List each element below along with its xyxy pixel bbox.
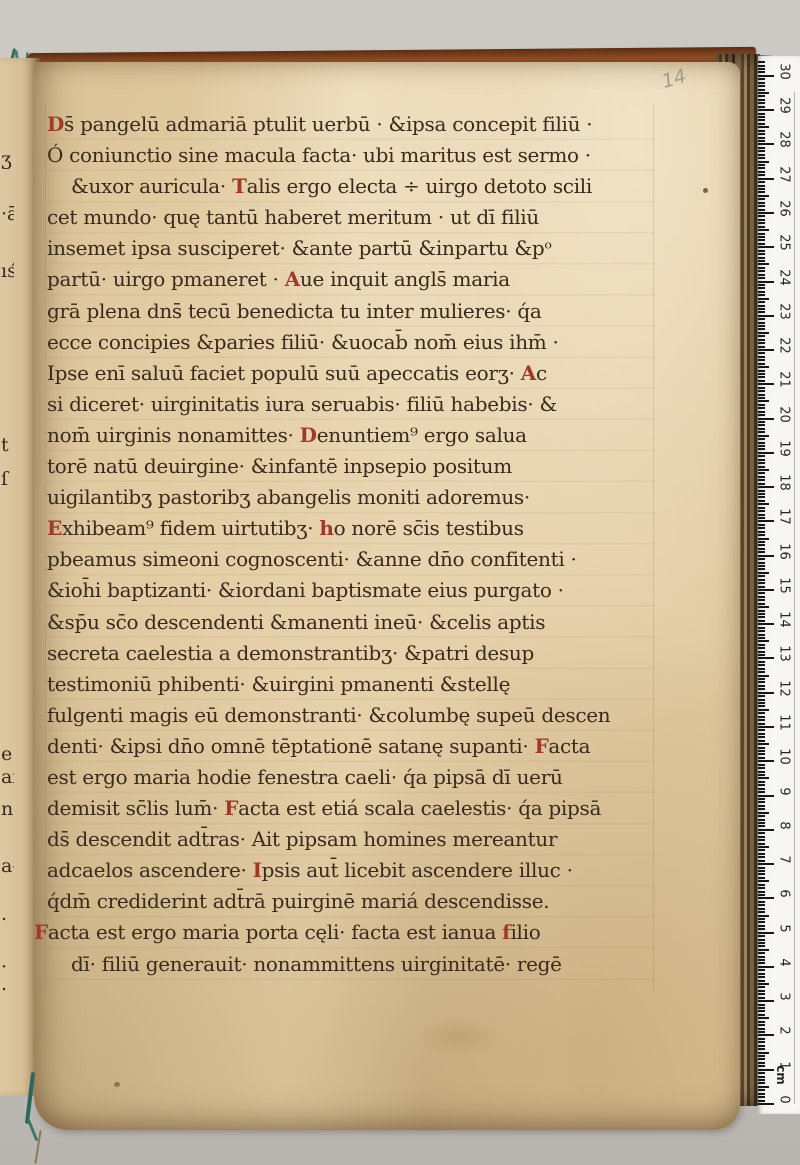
ruler-tick: [758, 719, 765, 721]
margin-text-fragment: t: [1, 436, 14, 455]
text-block: Ds̄ pangelū admariā ptulit uerbū · &ipsa…: [47, 109, 655, 980]
ruler-tick: [758, 346, 765, 348]
text-line: secreta caelestia a demonstrantibʒ· &pat…: [47, 638, 655, 669]
ruler-tick: [758, 647, 765, 649]
ruler-tick: [758, 325, 765, 327]
text-line: Ipse enī saluū faciet populū suū apeccat…: [47, 358, 655, 389]
ruler-tick: [758, 757, 765, 759]
ruler-tick: [758, 808, 765, 810]
text-segment: torē natū deuirgine· &infantē inpsepio p…: [47, 454, 512, 478]
text-segment: &ioh̄i baptizanti· &iordani baptismate e…: [47, 578, 564, 602]
text-line: uigilantibʒ pastoribʒ abangelis moniti a…: [47, 482, 655, 513]
ruler-tick: [758, 774, 765, 776]
ruler-tick: [758, 215, 765, 217]
ruler-tick: [758, 219, 765, 221]
ruler-number: 19: [778, 437, 791, 459]
ruler-number: 14: [778, 609, 791, 631]
ruler-tick: [758, 397, 765, 399]
ruler-tick: [758, 688, 765, 690]
ruler-tick: [758, 466, 765, 468]
ruler-tick: [758, 596, 765, 598]
ruler-number: 12: [778, 677, 791, 699]
ruling-line-left: [45, 104, 46, 992]
ruler-tick: [758, 277, 765, 279]
ruler-number: 27: [778, 163, 791, 185]
text-segment: insemet ipsa susciperet· &ante partū &in…: [47, 236, 552, 260]
ruler-tick: [758, 376, 765, 378]
ruler-number: 16: [778, 540, 791, 562]
text-line: pbeamus simeoni cognoscenti· &anne dn̄o …: [47, 544, 655, 575]
ruler-tick: [758, 157, 765, 159]
ruler-tick: [758, 671, 765, 673]
ruler-tick: [758, 586, 765, 588]
ruler-tick: [758, 1048, 765, 1050]
ruler-tick: [758, 404, 765, 406]
ruler-tick: [758, 1014, 765, 1016]
ruler-number: 25: [778, 232, 791, 254]
ruler-tick: [758, 188, 765, 190]
ruler-tick: [758, 750, 765, 752]
margin-text-fragment: n: [1, 800, 14, 819]
text-segment: &sp̄u sc̄o descendenti &manenti ineū· &c…: [47, 610, 545, 634]
text-segment: alis ergo electa ÷ uirgo detoto scili: [247, 174, 592, 198]
ruler-number: 15: [778, 574, 791, 596]
ruler-tick: [758, 328, 765, 330]
rubric-initial: F: [34, 920, 48, 944]
ruler-tick: [758, 997, 765, 999]
ruler-tick: [758, 178, 774, 180]
ruler-tick: [758, 812, 769, 814]
ruler-tick: [758, 716, 765, 718]
ruler-tick: [758, 253, 765, 255]
ruler-tick: [758, 452, 774, 454]
text-segment: uigilantibʒ pastoribʒ abangelis moniti a…: [47, 485, 530, 509]
ruler-tick: [758, 592, 765, 594]
ruler-tick: [758, 387, 765, 389]
ruler-tick: [758, 476, 765, 478]
margin-text-fragment: ʒ: [1, 150, 14, 169]
text-segment: dī· filiū generauit· nonammittens uirgin…: [71, 952, 562, 976]
ruler-tick: [758, 575, 765, 577]
ruler-tick: [758, 1062, 765, 1064]
ruler-number: 20: [778, 403, 791, 425]
ruler-tick: [758, 202, 765, 204]
ruler-tick: [758, 915, 769, 917]
ruler-tick: [758, 483, 765, 485]
ruler-tick: [758, 825, 765, 827]
ruler-tick: [758, 281, 774, 283]
ruler-tick: [758, 414, 765, 416]
ruler-tick: [758, 291, 765, 293]
text-line: insemet ipsa susciperet· &ante partū &in…: [47, 233, 655, 264]
ruler-tick: [758, 222, 765, 224]
ruler-tick: [758, 486, 774, 488]
ruler-tick: [758, 771, 765, 773]
ruler-tick: [758, 226, 765, 228]
ruler-tick: [758, 147, 765, 149]
text-segment: nom̄ uirginis nonamittes·: [47, 423, 300, 447]
ruler-number: 4: [778, 951, 791, 973]
ruler-tick: [758, 263, 769, 265]
ruler-tick: [758, 558, 765, 560]
ruler-tick: [758, 1031, 765, 1033]
ruler-tick: [758, 250, 765, 252]
ruler-tick: [758, 1010, 765, 1012]
ruler-tick: [758, 952, 765, 954]
ruler-tick: [758, 867, 765, 869]
margin-text-fragment: .: [1, 905, 14, 924]
ruler-tick: [758, 445, 765, 447]
ruler-tick: [758, 901, 765, 903]
ruler-tick: [758, 479, 765, 481]
rubric-initial: F: [224, 796, 238, 820]
ruler-tick: [758, 613, 765, 615]
text-segment: acta est etiá scala caelestis· q́a pipsā: [238, 796, 601, 820]
ruler-tick: [758, 993, 765, 995]
margin-text-fragment: ıś: [1, 262, 14, 281]
ruler-tick: [758, 65, 765, 67]
ruler-tick: [758, 849, 765, 851]
text-segment: Ipse enī saluū faciet populū suū apeccat…: [47, 361, 521, 385]
ruler-number: 6: [778, 883, 791, 905]
rubric-initial: E: [47, 516, 62, 540]
ruler-tick: [758, 270, 765, 272]
ruler-tick: [758, 267, 765, 269]
ruler-tick: [758, 428, 765, 430]
ruler-tick: [758, 1089, 765, 1091]
ruler-tick: [758, 644, 765, 646]
ruler-tick: [758, 733, 765, 735]
ruler-tick: [758, 544, 765, 546]
ruler-tick: [758, 925, 765, 927]
ruler-tick: [758, 164, 765, 166]
ruler-tick: [758, 335, 765, 337]
ruler-tick: [758, 1082, 765, 1084]
ruler-tick: [758, 815, 765, 817]
ruler-tick: [758, 606, 769, 608]
ruler-tick: [758, 603, 765, 605]
ruler-tick: [758, 195, 769, 197]
ruler-tick: [758, 928, 765, 930]
ruler-tick: [758, 209, 765, 211]
ruler-tick: [758, 95, 765, 97]
ruler-tick: [758, 106, 765, 108]
ruler-tick: [758, 705, 765, 707]
ruler-tick: [758, 945, 765, 947]
ruler-tick: [758, 198, 765, 200]
ruler-tick: [758, 777, 769, 779]
margin-text-fragment: .: [1, 975, 14, 994]
ruler-number: 3: [778, 986, 791, 1008]
ruler-tick: [758, 829, 774, 831]
ruler-tick: [758, 301, 765, 303]
text-line: dī· filiū generauit· nonammittens uirgin…: [47, 949, 655, 980]
ruler-tick: [758, 795, 774, 797]
ruler-tick: [758, 109, 774, 111]
ruler-tick: [758, 932, 774, 934]
ruler-tick: [758, 1058, 765, 1060]
ruler-tick: [758, 695, 765, 697]
ruler-tick: [758, 167, 765, 169]
ruler-number: 21: [778, 369, 791, 391]
ruler-tick: [758, 418, 774, 420]
ruler-tick: [758, 239, 765, 241]
ruler-tick: [758, 788, 765, 790]
ruler-tick: [758, 448, 765, 450]
text-segment: &uxor auricula·: [71, 174, 232, 198]
ruler-tick: [758, 853, 765, 855]
ruler-tick: [758, 1065, 765, 1067]
ruler-tick: [758, 390, 765, 392]
rubric-initial: D: [300, 423, 317, 447]
ruler-tick: [758, 692, 774, 694]
ruler-tick: [758, 229, 769, 231]
parchment-speck: [114, 1082, 120, 1087]
text-segment: adcaelos ascendere·: [47, 858, 253, 882]
ruler-tick: [758, 411, 765, 413]
ruler-tick: [758, 962, 765, 964]
ruler-tick: [758, 284, 765, 286]
ruler-number: 8: [778, 814, 791, 836]
ruler-number: 7: [778, 849, 791, 871]
text-line: grā plena dns̄ tecū benedicta tu inter m…: [47, 296, 655, 327]
ruler-tick: [758, 935, 765, 937]
ruler-tick: [758, 459, 765, 461]
ruler-tick: [758, 784, 765, 786]
ruler-tick: [758, 174, 765, 176]
ruler-number: 23: [778, 300, 791, 322]
ruler-tick: [758, 349, 774, 351]
ruler-tick: [758, 616, 765, 618]
text-segment: cet mundo· quę tantū haberet meritum · u…: [47, 205, 539, 229]
ruler-tick: [758, 743, 769, 745]
text-segment: pbeamus simeoni cognoscenti· &anne dn̄o …: [47, 547, 577, 571]
ruler-tick: [758, 71, 765, 73]
ruler-tick: [758, 709, 769, 711]
ruler-tick: [758, 805, 765, 807]
ruler-tick: [758, 980, 765, 982]
ruler-tick: [758, 359, 765, 361]
ruler-number: 9: [778, 780, 791, 802]
ruler-number: 28: [778, 129, 791, 151]
ruler-tick: [758, 966, 774, 968]
ruler-tick: [758, 548, 765, 550]
ruler-tick: [758, 565, 765, 567]
text-segment: ds̄ descendit adt̄ras· Ait pipsam homine…: [47, 827, 557, 851]
ruler-tick: [758, 469, 769, 471]
ruler-number: 5: [778, 917, 791, 939]
ruler-tick: [758, 634, 765, 636]
text-segment: s̄ pangelū admariā ptulit uerbū · &ipsa …: [64, 112, 592, 136]
ruler-tick: [758, 534, 765, 536]
rubric-initial: A: [285, 267, 300, 291]
ruler-tick: [758, 424, 765, 426]
ruler-tick: [758, 798, 765, 800]
text-segment: demisit sc̄lis lum̄·: [47, 796, 224, 820]
text-segment: si diceret· uirginitatis iura seruabis· …: [47, 392, 557, 416]
ruler-tick: [758, 243, 765, 245]
text-line: ds̄ descendit adt̄ras· Ait pipsam homine…: [47, 824, 655, 855]
ruler-tick: [758, 370, 765, 372]
ruler-tick: [758, 510, 765, 512]
ruler-tick: [758, 490, 765, 492]
ruler-tick: [758, 949, 769, 951]
ruler-tick: [758, 185, 765, 187]
ruler-tick: [758, 939, 765, 941]
ruler-edge-line: [794, 92, 795, 1104]
ruler-tick: [758, 740, 765, 742]
ruler-tick: [758, 1038, 765, 1040]
ruler-tick: [758, 678, 765, 680]
text-line: Exhibeam⁹ fidem uirtutibʒ· ho norē sc̄is…: [47, 513, 655, 544]
ruler-tick: [758, 1021, 765, 1023]
text-segment: ue inquit angls̄ maria: [300, 267, 510, 291]
ruler-tick: [758, 1072, 765, 1074]
text-line: ecce concipies &paries filiū· &uocab̄ no…: [47, 327, 655, 358]
ruler-tick: [758, 154, 765, 156]
text-line: nom̄ uirginis nonamittes· Denuntiem⁹ erg…: [47, 420, 655, 451]
ruler-tick: [758, 394, 765, 396]
ruler-tick: [758, 92, 769, 94]
text-segment: secreta caelestia a demonstrantibʒ· &pat…: [47, 641, 534, 665]
ruler-tick: [758, 956, 765, 958]
ruler-tick: [758, 753, 765, 755]
ruler-tick: [758, 747, 765, 749]
ruler-tick: [758, 520, 774, 522]
ruler-number: 22: [778, 335, 791, 357]
ruler-tick: [758, 843, 765, 845]
ruler-tick: [758, 442, 765, 444]
ruler-number: 30: [778, 60, 791, 82]
ruler-tick: [758, 315, 774, 317]
rubric-initial: D: [47, 112, 64, 136]
ruler-tick: [758, 822, 765, 824]
ruler-tick: [758, 1017, 769, 1019]
rubric-initial: T: [232, 174, 247, 198]
ruler-tick: [758, 589, 774, 591]
ruler-tick: [758, 366, 769, 368]
ruler-tick: [758, 119, 765, 121]
rubric-initial: h: [319, 516, 333, 540]
text-segment: c: [536, 361, 547, 385]
text-segment: partū· uirgo pmaneret ·: [47, 267, 285, 291]
ruler-tick: [758, 651, 765, 653]
ruler-tick: [758, 462, 765, 464]
text-segment: ecce concipies &paries filiū· &uocab̄ no…: [47, 330, 559, 354]
ruler-tick: [758, 726, 774, 728]
ruler-tick: [758, 983, 769, 985]
ruler-tick: [758, 836, 765, 838]
ruler-tick: [758, 294, 765, 296]
ruler-tick: [758, 572, 769, 574]
ruler-tick: [758, 657, 774, 659]
ruler-tick: [758, 143, 774, 145]
ruler-tick: [758, 130, 765, 132]
ruler-tick: [758, 969, 765, 971]
ruler-tick: [758, 681, 765, 683]
ruler-tick: [758, 1024, 765, 1026]
ruler-tick: [758, 503, 769, 505]
ruler-tick: [758, 911, 765, 913]
ruler-tick: [758, 318, 765, 320]
ruler-tick: [758, 921, 765, 923]
ruler-number: 26: [778, 197, 791, 219]
ruler-tick: [758, 579, 765, 581]
text-line: &uxor auricula· Talis ergo electa ÷ uirg…: [47, 171, 655, 202]
text-line: fulgenti magis eū demonstranti· &columbę…: [47, 700, 655, 731]
text-segment: acta: [548, 734, 590, 758]
ruler-tick: [758, 311, 765, 313]
ruler-tick: [758, 113, 765, 115]
ruler-tick: [758, 308, 765, 310]
ruler-tick: [758, 860, 765, 862]
text-line: denti· &ipsi dn̄o omnē tēptationē satanę…: [47, 731, 655, 762]
ruler-tick: [758, 884, 765, 886]
ruler-tick: [758, 599, 765, 601]
ruler-tick: [758, 431, 765, 433]
ruler-tick: [758, 435, 769, 437]
text-line: &sp̄u sc̄o descendenti &manenti ineū· &c…: [47, 607, 655, 638]
ruler-tick: [758, 723, 765, 725]
text-line: testimoniū phibenti· &uirgini pmanenti &…: [47, 669, 655, 700]
ruler-tick: [758, 421, 765, 423]
ruler-tick: [758, 212, 774, 214]
ruler-tick: [758, 918, 765, 920]
ruler-tick: [758, 246, 774, 248]
text-segment: o norē sc̄is testibus: [334, 516, 524, 540]
text-line: si diceret· uirginitatis iura seruabis· …: [47, 389, 655, 420]
ruler-tick: [758, 640, 769, 642]
ruler-tick: [758, 620, 765, 622]
ruler-number: 18: [778, 472, 791, 494]
ruler-tick: [758, 702, 765, 704]
ruler-tick: [758, 623, 774, 625]
ruler-tick: [758, 1086, 769, 1088]
ruler-tick: [758, 819, 765, 821]
ruler-tick: [758, 661, 765, 663]
ruler-tick: [758, 880, 769, 882]
ruler-tick: [758, 1007, 765, 1009]
ruler-tick: [758, 140, 765, 142]
ruler-tick: [758, 699, 765, 701]
ruler-tick: [758, 894, 765, 896]
margin-text-fragment: ſ: [1, 470, 14, 489]
ruler-tick: [758, 363, 765, 365]
ruler-tick: [758, 973, 765, 975]
ruler-tick: [758, 897, 774, 899]
ruler-tick: [758, 630, 765, 632]
ruler-number: 11: [778, 712, 791, 734]
ruler-tick: [758, 496, 765, 498]
ruler-tick: [758, 352, 765, 354]
ruler-tick: [758, 260, 765, 262]
ruler-number: 24: [778, 266, 791, 288]
ruler-tick: [758, 832, 765, 834]
ruler-tick: [758, 236, 765, 238]
ruler-tick: [758, 1076, 765, 1078]
text-line: Ds̄ pangelū admariā ptulit uerbū · &ipsa…: [47, 109, 655, 140]
ruler-tick: [758, 233, 765, 235]
ruler-tick: [758, 161, 769, 163]
ruler-tick: [758, 75, 774, 77]
ruler-number: 17: [778, 506, 791, 528]
ruler-tick: [758, 1004, 765, 1006]
ruler-tick: [758, 438, 765, 440]
ruler-tick: [758, 764, 765, 766]
ruler-tick: [758, 85, 765, 87]
ruler-tick: [758, 904, 765, 906]
text-segment: grā plena dns̄ tecū benedicta tu inter m…: [47, 299, 541, 323]
